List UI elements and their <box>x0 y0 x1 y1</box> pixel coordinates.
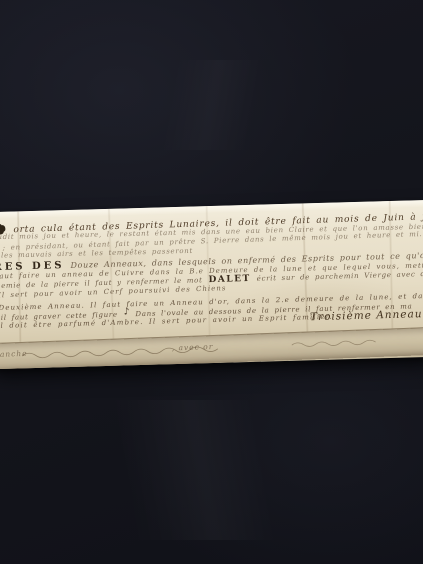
fabric-fold-highlight <box>0 60 423 150</box>
manuscript-scroll: orta cula étant des Esprits Lunaires, il… <box>0 200 423 369</box>
lip-fragment: anche <box>0 349 28 359</box>
magic-word-caps: DALET <box>208 274 250 285</box>
fabric-fold-highlight <box>0 400 423 540</box>
lip-fragment: , avec or <box>172 342 214 353</box>
manuscript-line: Troisième Anneau. <box>310 308 423 323</box>
parchment-rolled-edge: anche , avec or <box>0 327 423 369</box>
photograph: orta cula étant des Esprits Lunaires, il… <box>0 0 423 564</box>
sigil-figure-glyph: ♪ <box>124 307 130 317</box>
lip-scribble-icon <box>292 337 382 350</box>
